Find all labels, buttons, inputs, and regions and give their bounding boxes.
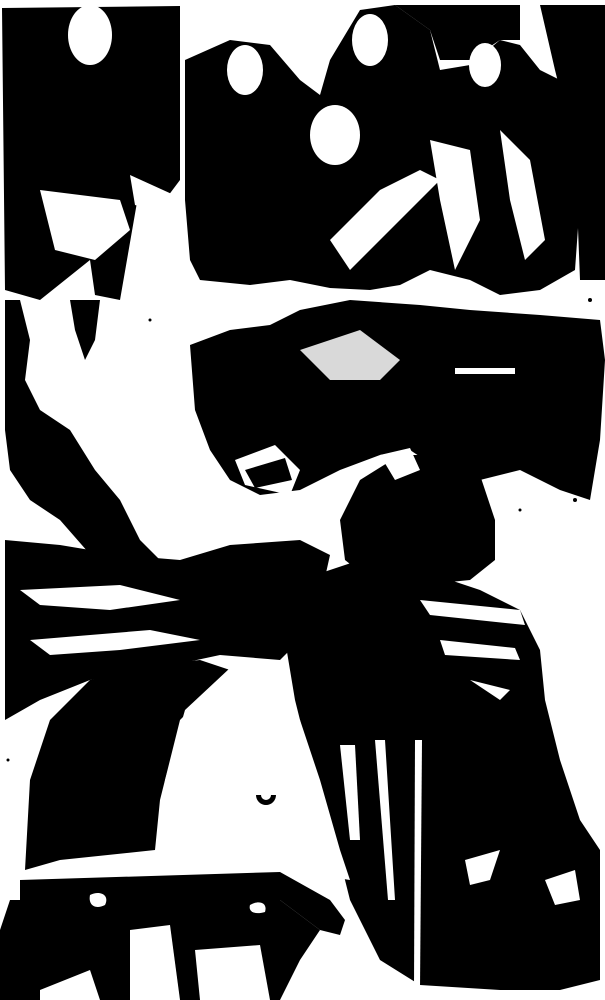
- collage-artwork: [0, 0, 605, 1000]
- photo-collage: Collage of three wartime photographs: un…: [0, 0, 605, 1000]
